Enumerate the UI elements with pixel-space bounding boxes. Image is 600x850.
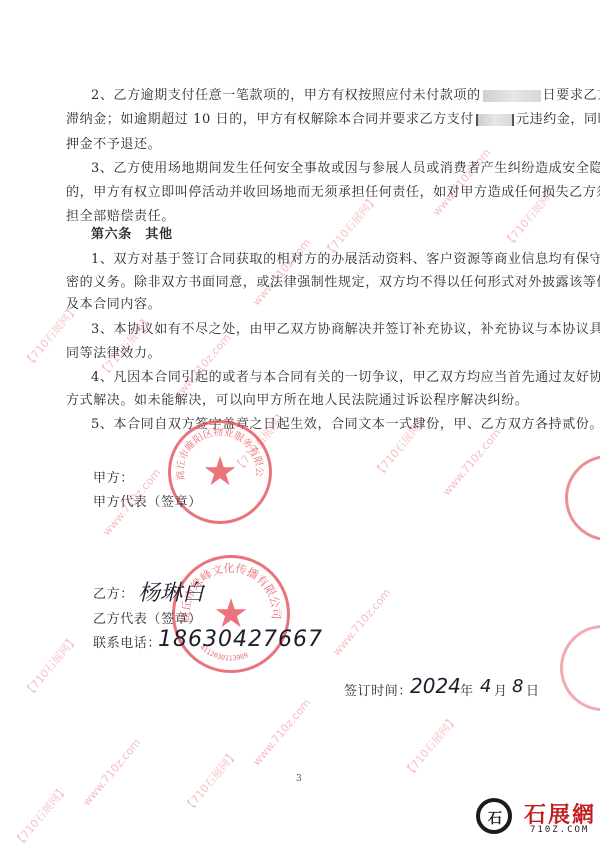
partial-seal-edge <box>565 455 600 541</box>
logo-domain: 710Z.COM <box>530 825 589 835</box>
clause-2-line-2: 滞纳金；如逾期超过 10 日的，甲方有权解除本合同并要求乙方支付元违约金，同时 <box>66 112 600 128</box>
watermark-url: www.710z.com <box>440 426 503 498</box>
redacted-amount <box>476 114 514 126</box>
s6-clause-4-line-2: 方式解决。如未能解决，可以向甲方所在地人民法院通过诉讼程序解决纠纷。 <box>66 393 528 409</box>
partial-seal-edge-lower <box>560 625 600 711</box>
contract-page: 【710石展网】 【710石展网】 www.710z.com www.710z.… <box>0 0 600 850</box>
clause-3-line-1: 3、乙方使用场地期间发生任何安全事故或因与参展人员或消费者产生纠纷造成安全隐患 <box>91 161 600 177</box>
signing-month-unit: 月 <box>494 684 508 700</box>
s6-clause-3-line-2: 同等法律效力。 <box>66 346 161 362</box>
watermark-url: www.710z.com <box>80 736 143 808</box>
s6-clause-1-line-2: 密的义务。除非双方书面同意，或法律强制性规定，双方均不得以任何形式对外披露该等信… <box>66 275 600 291</box>
clause-2-line-3: 押金不予退还。 <box>66 137 161 153</box>
signing-day-unit: 日 <box>526 684 540 700</box>
clause-3-line-2: 的，甲方有权立即叫停活动并收回场地而无须承担任何责任，如对甲方造成任何损失乙方须… <box>66 185 600 201</box>
site-logo: 石 石展網 710Z.COM <box>472 794 596 840</box>
watermark-brand: 【710石展网】 <box>10 782 71 850</box>
page-number: 3 <box>296 774 302 784</box>
party-b-phone-label: 联系电话： <box>93 636 161 652</box>
signing-year-unit: 年 <box>460 684 474 700</box>
section-heading: 第六条 其他 <box>91 227 173 243</box>
signing-month: 4 <box>480 676 491 697</box>
signing-day: 8 <box>512 676 523 697</box>
party-b-rep-label: 乙方代表（签章） <box>93 612 202 628</box>
party-b-signature: 杨琳白 <box>138 576 204 607</box>
watermark-brand: 【710石展网】 <box>180 747 241 816</box>
watermark-url: www.710z.com <box>250 696 313 768</box>
watermark-brand: 【710石展网】 <box>400 712 461 781</box>
watermark-url: www.710z.com <box>430 146 493 218</box>
signing-year: 2024 <box>410 674 461 698</box>
clause-3-line-3: 担全部赔偿责任。 <box>66 209 175 225</box>
s6-clause-5-line-1: 5、本合同自双方签字盖章之日起生效，合同文本一式肆份，甲、乙方双方各持贰份。 <box>91 417 600 433</box>
signing-date-label: 签订时间： <box>344 684 412 700</box>
party-b-phone: 18630427667 <box>158 627 323 652</box>
s6-clause-4-line-1: 4、凡因本合同引起的或者与本合同有关的一切争议，甲乙双方均应当首先通过友好协商 <box>91 370 600 386</box>
s6-clause-1-line-3: 及本合同内容。 <box>66 297 161 313</box>
watermark-brand: 【710石展网】 <box>20 632 81 701</box>
s6-clause-1-line-1: 1、双方对基于签订合同获取的相对方的办展活动资料、客户资源等商业信息均有保守秘 <box>91 252 600 268</box>
s6-clause-3-line-1: 3、本协议如有不尽之处，由甲乙双方协商解决并签订补充协议，补充协议与本协议具有 <box>91 322 600 338</box>
redacted-rate <box>483 90 541 102</box>
party-a-label: 甲方： <box>93 471 134 487</box>
party-a-rep-label: 甲方代表（签章） <box>93 495 202 511</box>
logo-emblem-icon: 石 <box>476 798 512 834</box>
watermark-url: www.710z.com <box>330 586 393 658</box>
seal-star-icon: ★ <box>202 452 238 492</box>
watermark-url: www.710z.com <box>250 236 313 308</box>
watermark-brand: 【710石展网】 <box>320 192 381 261</box>
party-b-label: 乙方： <box>93 587 134 603</box>
clause-2-line-1: 2、乙方逾期支付任意一笔款项的，甲方有权按照应付未付款项的日要求乙方支付 <box>91 88 600 104</box>
